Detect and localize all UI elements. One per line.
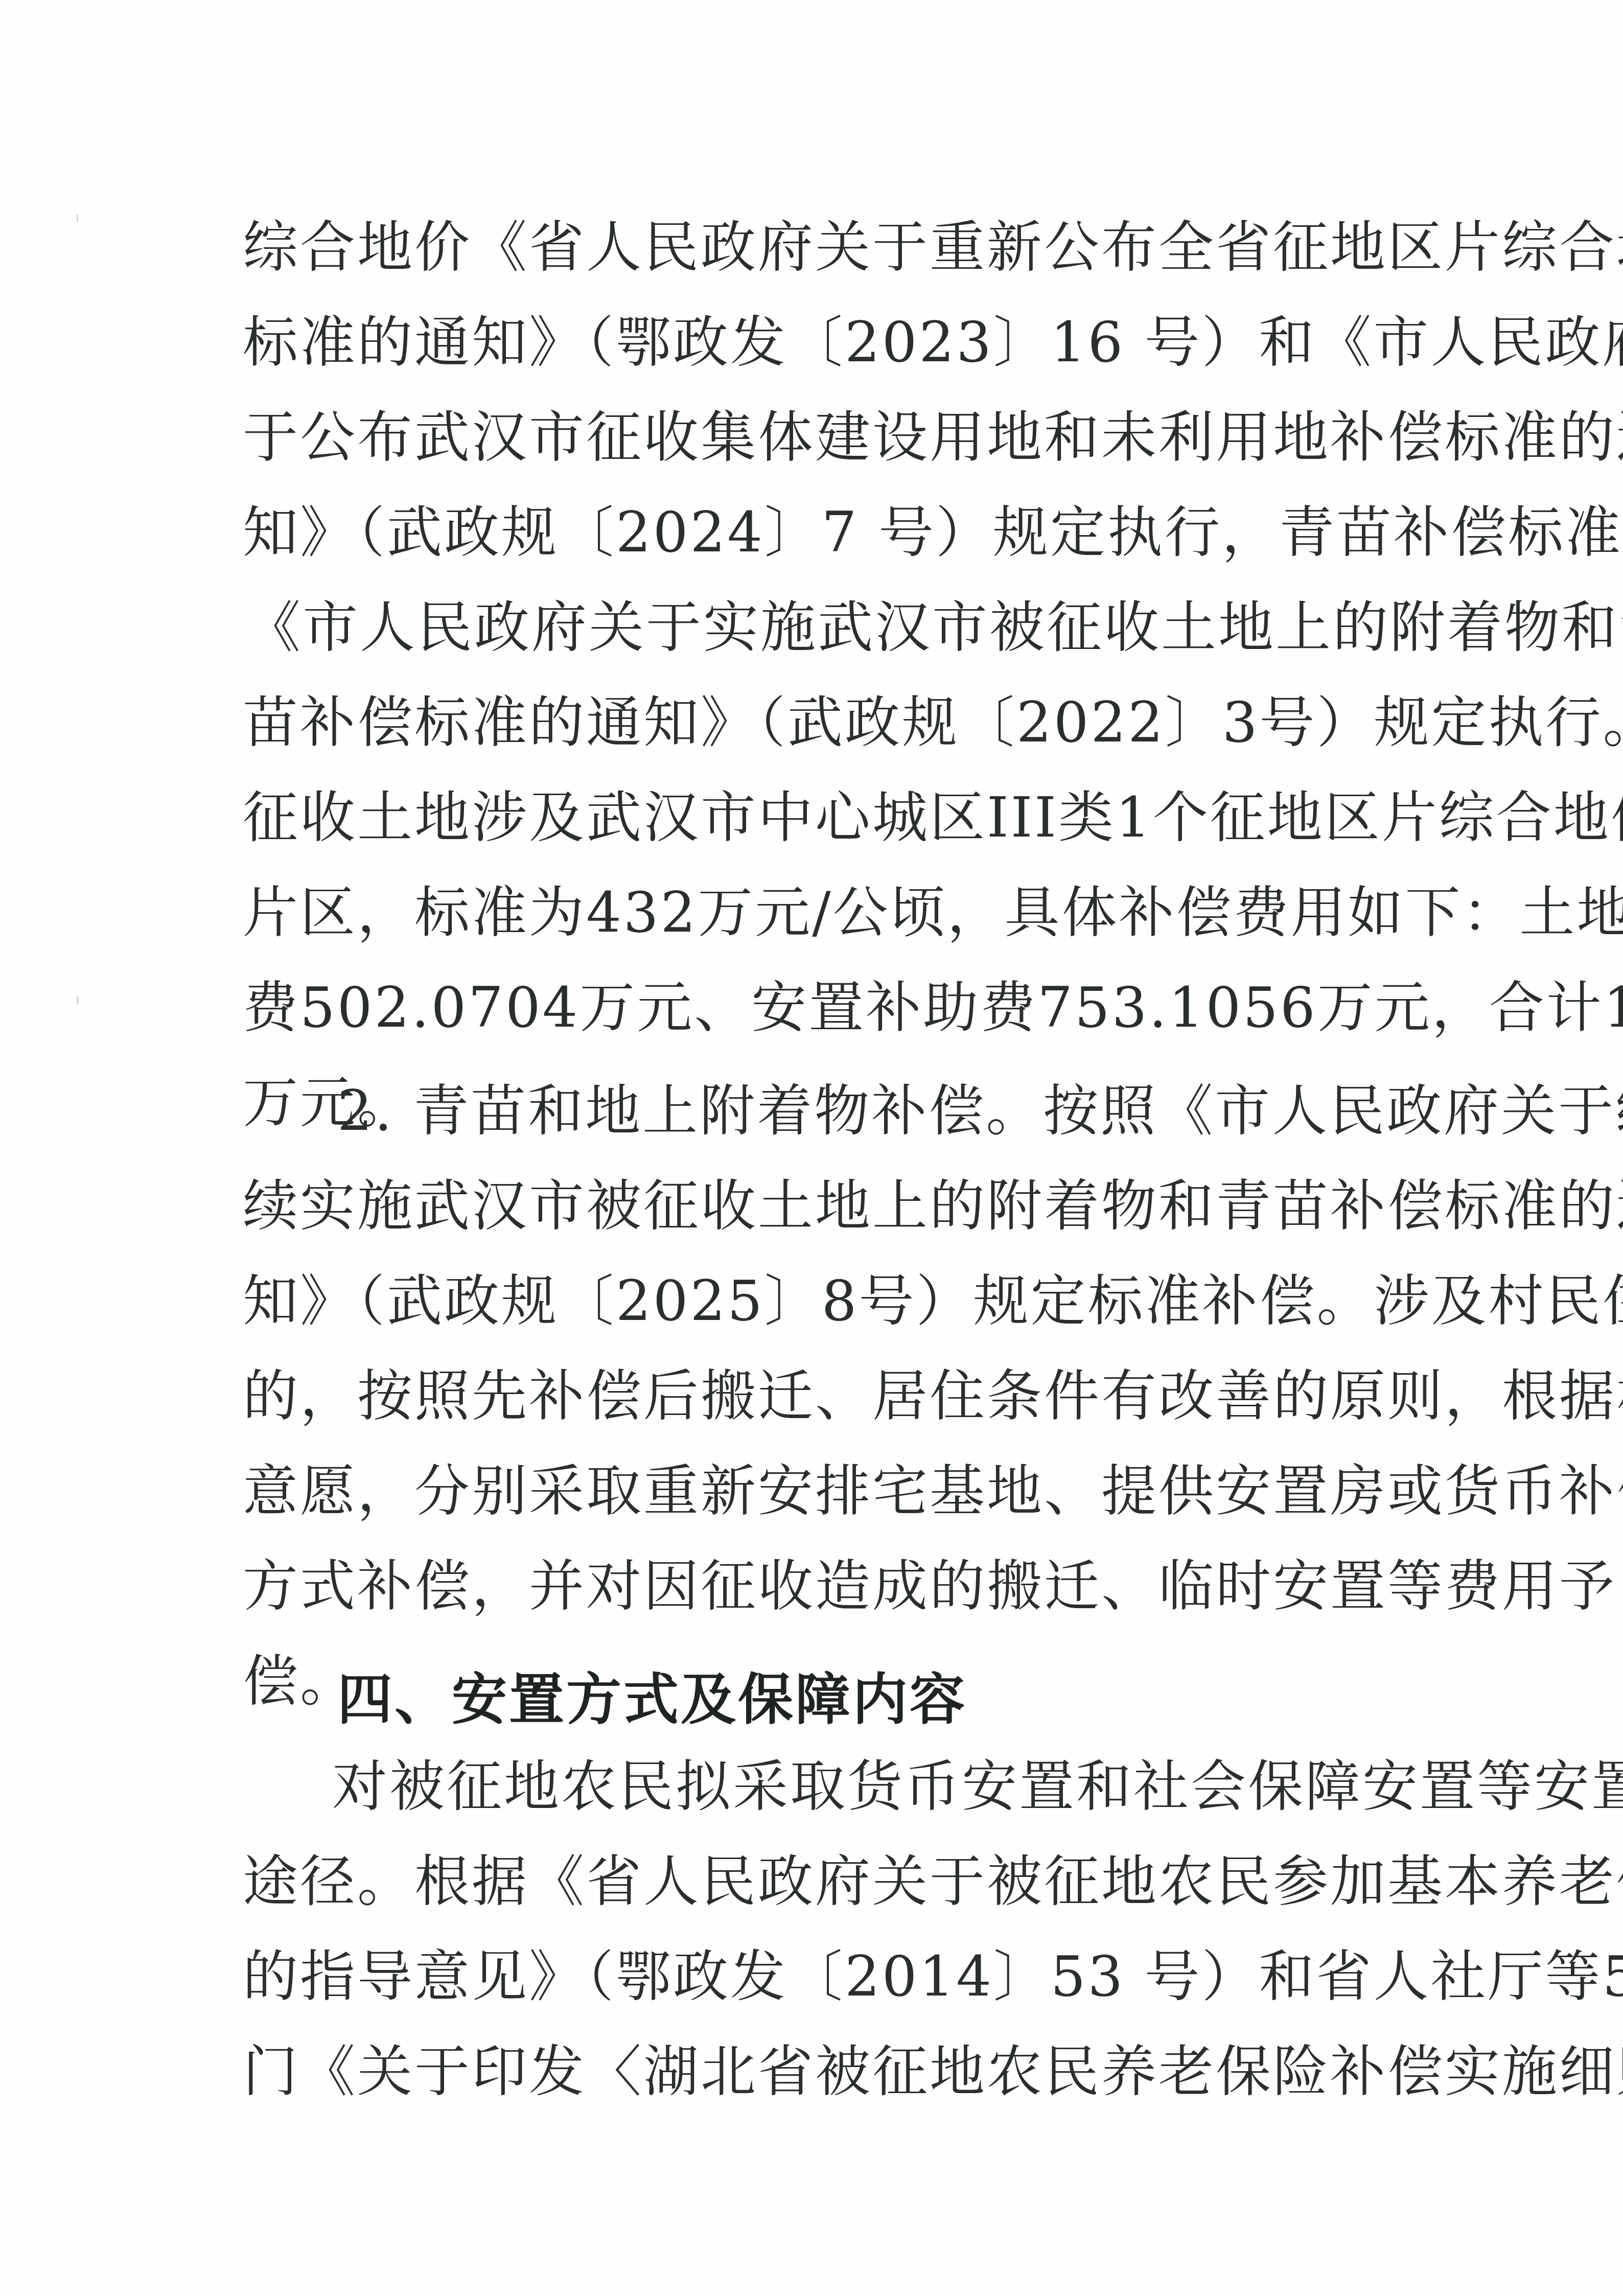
paragraph-line: 门《关于印发〈湖北省被征地农民养老保险补偿实施细则〉 — [243, 2039, 1623, 2105]
document-page: 综合地价《省人民政府关于重新公布全省征地区片综合地价 标准的通知》（鄂政发〔20… — [0, 0, 1623, 2296]
paragraph-line: 方式补偿，并对因征收造成的搬迁、临时安置等费用予以补 — [243, 1553, 1623, 1620]
paragraph-line: 的，按照先补偿后搬迁、居住条件有改善的原则，根据村民 — [243, 1363, 1623, 1430]
paragraph-line: 续实施武汉市被征收土地上的附着物和青苗补偿标准的通 — [243, 1173, 1623, 1240]
paragraph-line: 对被征地农民拟采取货币安置和社会保障安置等安置 — [332, 1754, 1623, 1820]
scan-mark — [77, 996, 78, 1004]
paragraph-line: 标准的通知》（鄂政发〔2023〕16 号）和《市人民政府关 — [243, 310, 1623, 376]
paragraph-line: 知》（武政规〔2025〕8号）规定标准补偿。涉及村民住宅 — [243, 1268, 1623, 1335]
paragraph-line: 综合地价《省人民政府关于重新公布全省征地区片综合地价 — [243, 215, 1623, 281]
paragraph-line: 费502.0704万元、安置补助费753.1056万元，合计1255.176 — [243, 975, 1623, 1041]
paragraph-line: 意愿，分别采取重新安排宅基地、提供安置房或货币补偿等 — [243, 1458, 1623, 1525]
paragraph-line: 知》（武政规〔2024〕7 号）规定执行，青苗补偿标准根据 — [243, 500, 1623, 566]
paragraph-line: 苗补偿标准的通知》（武政规〔2022〕3号）规定执行。拟 — [243, 690, 1623, 756]
paragraph-line: 于公布武汉市征收集体建设用地和未利用地补偿标准的通 — [243, 405, 1623, 471]
paragraph-line: 《市人民政府关于实施武汉市被征收土地上的附着物和青 — [245, 595, 1623, 661]
paragraph-line: 途径。根据《省人民政府关于被征地农民参加基本养老保险 — [243, 1849, 1623, 1915]
paragraph-line: 的指导意见》（鄂政发〔2014〕53 号）和省人社厅等5 部 — [243, 1944, 1623, 2010]
paragraph-line: 片区，标准为432万元/公顷，具体补偿费用如下：土地补偿 — [243, 880, 1623, 946]
subsection-line: 2. 青苗和地上附着物补偿。按照《市人民政府关于继 — [337, 1078, 1623, 1145]
section-heading: 四、安置方式及保障内容 — [337, 1667, 967, 1733]
scan-mark — [77, 215, 78, 222]
paragraph-line: 征收土地涉及武汉市中心城区III类1个征地区片综合地价 — [243, 785, 1623, 851]
